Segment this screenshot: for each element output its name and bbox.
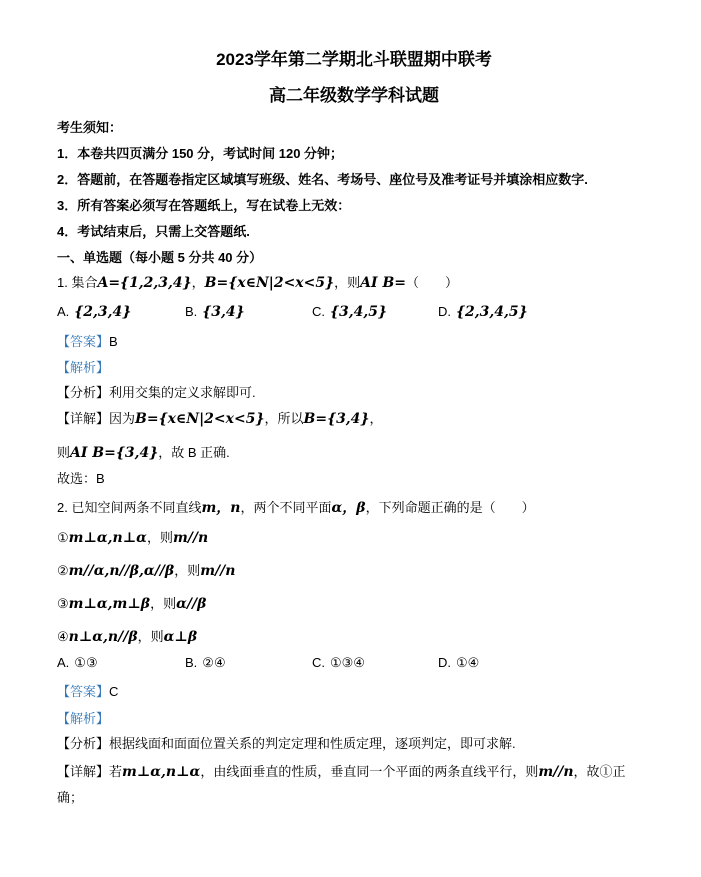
exam-document-page: 2023学年第二学期北斗联盟期中联考 高二年级数学学科试题 考生须知： 1．本卷…	[0, 0, 701, 877]
notice-item-3: 3．所有答案必须写在答题纸上，写在试卷上无效：	[57, 196, 651, 216]
option-label: B.	[185, 655, 197, 670]
option-value: {3,4}	[202, 304, 244, 320]
text-segment: ，	[369, 411, 382, 426]
notice-header: 考生须知：	[57, 118, 651, 138]
option-value: ②④	[202, 655, 225, 670]
option-label: C.	[312, 655, 325, 670]
text-segment: α⊥β	[164, 629, 198, 645]
question-2-statement-3: ③m⊥α,m⊥β，则α//β	[57, 594, 651, 614]
text-segment: ，所以	[264, 411, 303, 426]
text-segment: ，下列命题正确的是（ ）	[366, 500, 535, 515]
text-segment: n⊥α,n//β	[69, 629, 138, 645]
question-2-option-d: D.①④	[438, 653, 651, 673]
answer-label: 【答案】	[57, 684, 109, 699]
question-1-option-c: C.{3,4,5}	[312, 302, 438, 322]
question-1-detail-line-1: 【详解】因为B={x∈N|2<x<5}，所以B={3,4}，	[57, 406, 651, 432]
text-segment: ，则	[174, 563, 200, 578]
question-1-analysis-label: 【解析】	[57, 358, 651, 378]
option-value: {3,4,5}	[330, 304, 387, 320]
answer-value: B	[109, 334, 118, 349]
answer-value: C	[109, 684, 118, 699]
question-2-analysis-label: 【解析】	[57, 709, 651, 729]
text-segment: ，则	[334, 275, 360, 290]
text-segment: 【详解】若	[57, 764, 122, 779]
text-segment: m⊥α,n⊥α	[122, 764, 200, 780]
text-segment: B={x∈N|2<x<5}	[205, 275, 334, 291]
option-label: D.	[438, 304, 451, 319]
text-segment: ，则	[138, 629, 164, 644]
question-2-options: A.①③ B.②④ C.①③④ D.①④	[57, 653, 651, 673]
question-2-analysis-text: 【分析】根据线面和面面位置关系的判定定理和性质定理，逐项判定，即可求解.	[57, 734, 651, 754]
question-1-answer-line: 【答案】B	[57, 332, 651, 352]
question-1-detail-line-2: 则AI B={3,4}，故 B 正确.	[57, 440, 651, 466]
text-segment: 2. 已知空间两条不同直线	[57, 500, 201, 515]
question-1-options: A.{2,3,4} B.{3,4} C.{3,4,5} D.{2,3,4,5}	[57, 302, 651, 322]
question-1-option-d: D.{2,3,4,5}	[438, 302, 651, 322]
notice-item-1: 1．本卷共四页满分 150 分，考试时间 120 分钟；	[57, 144, 651, 164]
question-2-statement-1: ①m⊥α,n⊥α，则m//n	[57, 528, 651, 548]
text-segment: B={3,4}	[304, 411, 370, 427]
section-header: 一、单选题（每小题 5 分共 40 分）	[57, 248, 651, 268]
option-label: B.	[185, 304, 197, 319]
option-value: ①③④	[330, 655, 365, 670]
text-segment: A={1,2,3,4}	[97, 275, 191, 291]
text-segment: m//n	[538, 764, 573, 780]
question-1-conclusion: 故选：B	[57, 469, 651, 489]
notice-item-4: 4．考试结束后，只需上交答题纸.	[57, 222, 651, 242]
question-2-statement-2: ②m//α,n//β,α//β，则m//n	[57, 561, 651, 581]
question-2-option-a: A.①③	[57, 653, 185, 673]
text-segment: ，两个不同平面	[240, 500, 331, 515]
text-segment: 【详解】因为	[57, 411, 135, 426]
text-segment: ③	[57, 596, 69, 611]
analysis-label: 【解析】	[57, 711, 109, 726]
option-label: C.	[312, 304, 325, 319]
text-segment: m⊥α,n⊥α	[69, 530, 147, 546]
text-segment: 1. 集合	[57, 275, 97, 290]
notice-item-2: 2．答题前，在答题卷指定区域填写班级、姓名、考场号、座位号及准考证号并填涂相应数…	[57, 170, 651, 190]
text-segment: ，则	[150, 596, 176, 611]
text-segment: B={x∈N|2<x<5}	[135, 411, 264, 427]
text-segment: （ ）	[406, 275, 458, 290]
text-segment: m，n	[201, 500, 240, 516]
question-2-option-b: B.②④	[185, 653, 312, 673]
text-segment: ④	[57, 629, 69, 644]
text-segment: m//α,n//β,α//β	[69, 563, 175, 579]
text-segment: 则	[57, 445, 70, 460]
option-label: A.	[57, 304, 69, 319]
text-segment: m//n	[200, 563, 235, 579]
option-value: {2,3,4}	[74, 304, 131, 320]
text-segment: ，则	[147, 530, 173, 545]
option-label: A.	[57, 655, 69, 670]
question-1-option-b: B.{3,4}	[185, 302, 312, 322]
text-segment: ②	[57, 563, 69, 578]
question-2-detail-line: 【详解】若m⊥α,n⊥α，由线面垂直的性质，垂直同一个平面的两条直线平行，则m/…	[57, 759, 651, 811]
text-segment: ，	[192, 275, 205, 290]
question-2-statement-4: ④n⊥α,n//β，则α⊥β	[57, 627, 651, 647]
text-segment: α，β	[331, 500, 365, 516]
text-segment: ，故 B 正确.	[158, 445, 230, 460]
option-value: {2,3,4,5}	[456, 304, 528, 320]
question-1-analysis-text: 【分析】利用交集的定义求解即可.	[57, 383, 651, 403]
text-segment: m⊥α,m⊥β	[69, 596, 150, 612]
text-segment: α//β	[176, 596, 206, 612]
exam-subtitle: 高二年级数学学科试题	[57, 84, 651, 108]
question-1-option-a: A.{2,3,4}	[57, 302, 185, 322]
question-1-stem: 1. 集合A={1,2,3,4}，B={x∈N|2<x<5}，则AI B=（ ）	[57, 270, 651, 296]
option-value: ①③	[74, 655, 97, 670]
text-segment: AI B=	[360, 275, 406, 291]
text-segment: m//n	[173, 530, 208, 546]
question-2-option-c: C.①③④	[312, 653, 438, 673]
question-2-answer-line: 【答案】C	[57, 682, 651, 702]
analysis-label: 【解析】	[57, 360, 109, 375]
answer-label: 【答案】	[57, 334, 109, 349]
exam-title: 2023学年第二学期北斗联盟期中联考	[57, 48, 651, 72]
option-label: D.	[438, 655, 451, 670]
option-value: ①④	[456, 655, 479, 670]
question-2-stem: 2. 已知空间两条不同直线m，n，两个不同平面α，β，下列命题正确的是（ ）	[57, 495, 651, 521]
text-segment: ，由线面垂直的性质，垂直同一个平面的两条直线平行，则	[200, 764, 538, 779]
text-segment: ①	[57, 530, 69, 545]
text-segment: AI B={3,4}	[70, 445, 158, 461]
